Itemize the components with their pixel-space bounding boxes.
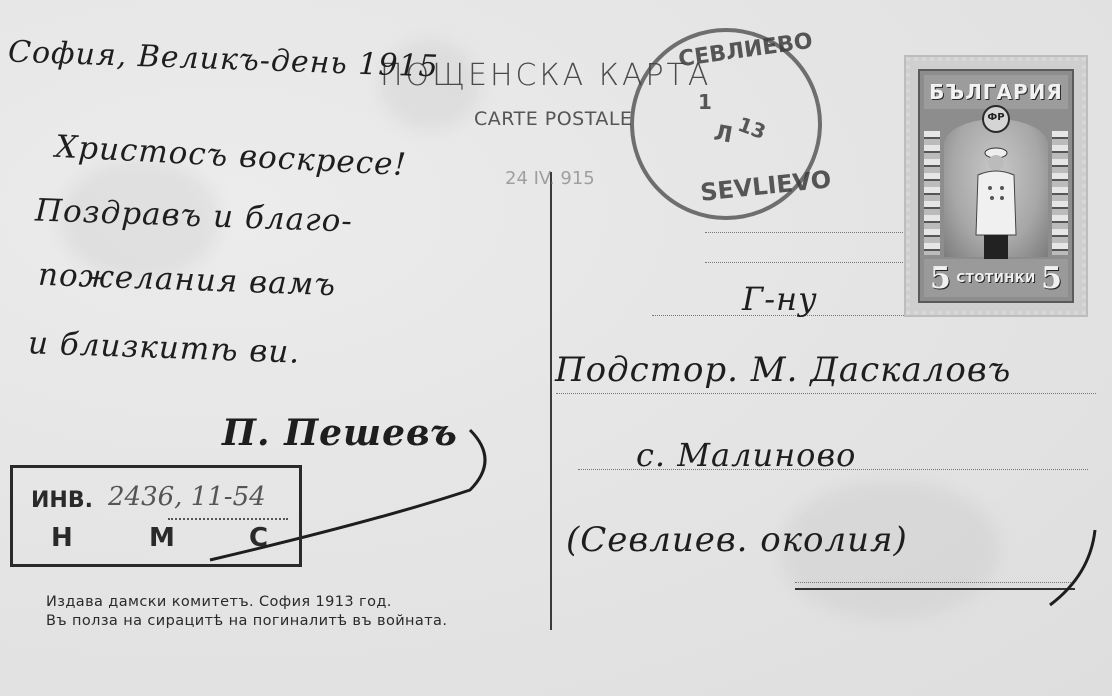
- inventory-label: ИНВ.: [31, 488, 93, 513]
- postcard: ПОЩЕНСКА КАРТА CARTE POSTALE 24 IV. 915 …: [0, 0, 1112, 696]
- inventory-letter-n: Н: [51, 523, 73, 553]
- charity-line: Въ полза на сирацитѣ на погиналитѣ въ во…: [46, 613, 447, 629]
- inventory-dotted-line: [168, 518, 288, 520]
- inventory-letter-m: М: [149, 523, 175, 553]
- publisher-line: Издава дамски комитетъ. София 1913 год.: [46, 594, 392, 610]
- signature-flourish-icon: [0, 0, 1112, 696]
- inventory-letter-s: С: [249, 523, 268, 553]
- inventory-stamp: ИНВ. 2436, 11-54 Н М С: [10, 465, 302, 567]
- inventory-number: 2436, 11-54: [108, 482, 266, 512]
